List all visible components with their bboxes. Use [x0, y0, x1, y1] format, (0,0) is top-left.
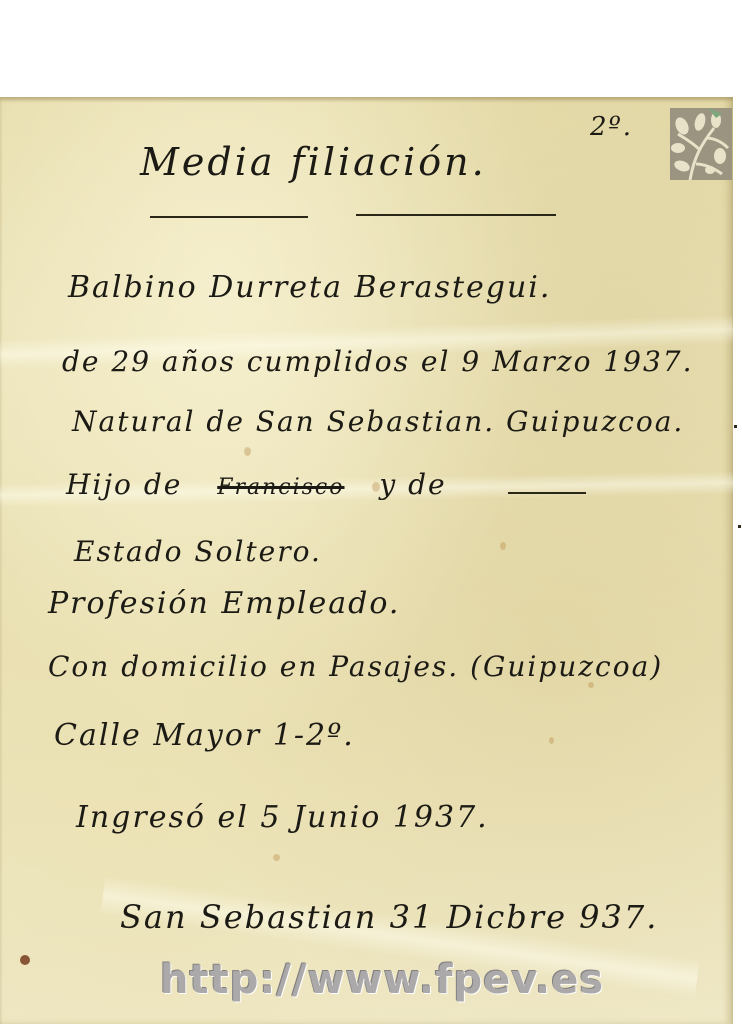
- website-watermark: http://www.fpev.es: [160, 957, 604, 1003]
- branch-leaves-icon: [670, 108, 732, 180]
- foxing-spot: [244, 447, 251, 456]
- foxing-spot: [500, 542, 506, 550]
- admission-line: Ingresó el 5 Junio 1937.: [76, 800, 489, 835]
- birthplace-line: Natural de San Sebastian. Guipuzcoa.: [72, 405, 684, 438]
- profession-line: Profesión Empleado.: [48, 586, 400, 621]
- title-underline: [150, 216, 308, 218]
- document-title: Media filiación.: [140, 140, 487, 184]
- ink-stain: [20, 955, 30, 965]
- name-line: Balbino Durreta Berastegui.: [68, 270, 551, 305]
- edge-speck: [738, 525, 741, 528]
- struck-father-name: Francisco: [217, 475, 344, 500]
- street-line: Calle Mayor 1-2º.: [54, 718, 355, 753]
- document-page: 2º. Media filiación. Balbino Durreta Ber…: [0, 0, 742, 1024]
- title-underline: [356, 214, 556, 216]
- parents-line: Hijo de Francisco y de: [66, 468, 447, 501]
- corner-mark: 2º.: [590, 112, 633, 142]
- parents-conjunction: y de: [379, 468, 446, 501]
- residence-line: Con domicilio en Pasajes. (Guipuzcoa): [48, 650, 663, 683]
- fpev-logo: [670, 108, 732, 180]
- age-line: de 29 años cumplidos el 9 Marzo 1937.: [62, 345, 693, 378]
- parents-prefix: Hijo de: [66, 468, 182, 501]
- foxing-spot: [549, 737, 554, 744]
- mother-name-blank: [508, 492, 586, 494]
- foxing-spot: [273, 854, 280, 861]
- edge-speck: [734, 425, 737, 428]
- place-date-line: San Sebastian 31 Dicbre 937.: [120, 898, 658, 936]
- marital-status-line: Estado Soltero.: [74, 535, 322, 568]
